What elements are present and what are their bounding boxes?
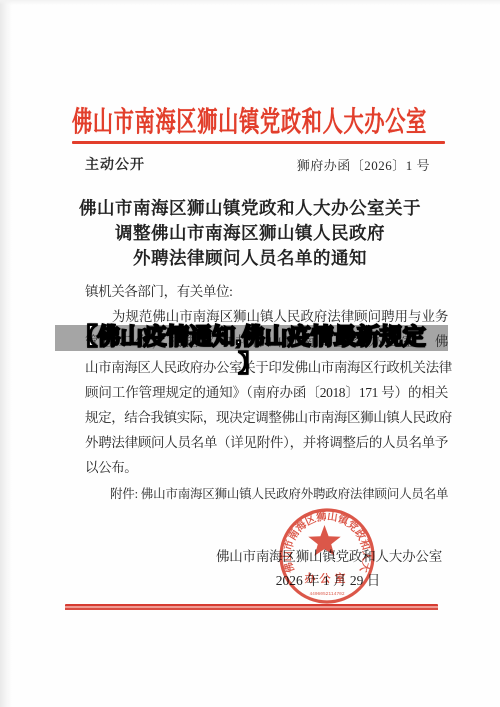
seal-star-icon <box>308 525 340 556</box>
document-title-line1: 佛山市南海区狮山镇党政和人大办公室关于 <box>0 196 500 221</box>
overlay-watermark-text: 【佛山疫情通知,佛山疫情最新规定 】 <box>0 323 500 377</box>
document-number: 狮府办函〔2026〕1 号 <box>297 155 430 174</box>
document-title: 佛山市南海区狮山镇党政和人大办公室关于 调整佛山市南海区狮山镇人民政府 外聘法律… <box>0 196 500 271</box>
seal-bottom-text: 办公室 <box>305 571 350 585</box>
publicity-label: 主动公开 <box>85 154 145 174</box>
letterhead-red-rule <box>72 141 445 144</box>
scan-edge-top <box>0 0 500 5</box>
official-seal: 佛山市南海区狮山镇党政和人大 办公室 4406052114702 <box>277 507 379 606</box>
document-title-line2: 调整佛山市南海区狮山镇人民政府 <box>0 221 500 246</box>
scanned-notice-page: 佛山市南海区狮山镇党政和人大办公室 主动公开 狮府办函〔2026〕1 号 佛山市… <box>0 0 500 707</box>
body-line: 规定，结合我镇实际，现决定调整佛山市南海区狮山镇人民政府 <box>85 405 448 430</box>
letterhead-org-name: 佛山市南海区狮山镇党政和人大办公室 <box>73 100 428 140</box>
bottom-red-rule <box>65 604 438 611</box>
document-title-line3: 外聘法律顾问人员名单的通知 <box>0 246 500 271</box>
seal-serial-number: 4406052114702 <box>309 591 344 597</box>
letterhead: 佛山市南海区狮山镇党政和人大办公室 <box>0 100 500 140</box>
seal-ring <box>281 510 373 602</box>
salutation-line: 镇机关各部门，有关单位: <box>85 279 448 304</box>
overlay-text-line2: 】 <box>0 350 500 377</box>
meta-row: 主动公开 狮府办函〔2026〕1 号 <box>0 154 500 172</box>
body-line: 顾问工作管理规定的通知》（南府办函〔2018〕171 号）的相关 <box>85 380 448 405</box>
body-line: 以公布。 <box>85 455 448 480</box>
overlay-text-line1: 【佛山疫情通知,佛山疫情最新规定 <box>0 323 500 350</box>
body-text: 镇机关各部门，有关单位: 为规范佛山市南海区狮山镇人民政府法律顾问聘用与业务 管… <box>85 279 448 481</box>
attachment-line: 附件: 佛山市南海区狮山镇人民政府外聘政府法律顾问人员名单 <box>110 484 448 502</box>
body-line: 外聘法律顾问人员名单（详见附件），并将调整后的人员名单予 <box>85 430 448 455</box>
